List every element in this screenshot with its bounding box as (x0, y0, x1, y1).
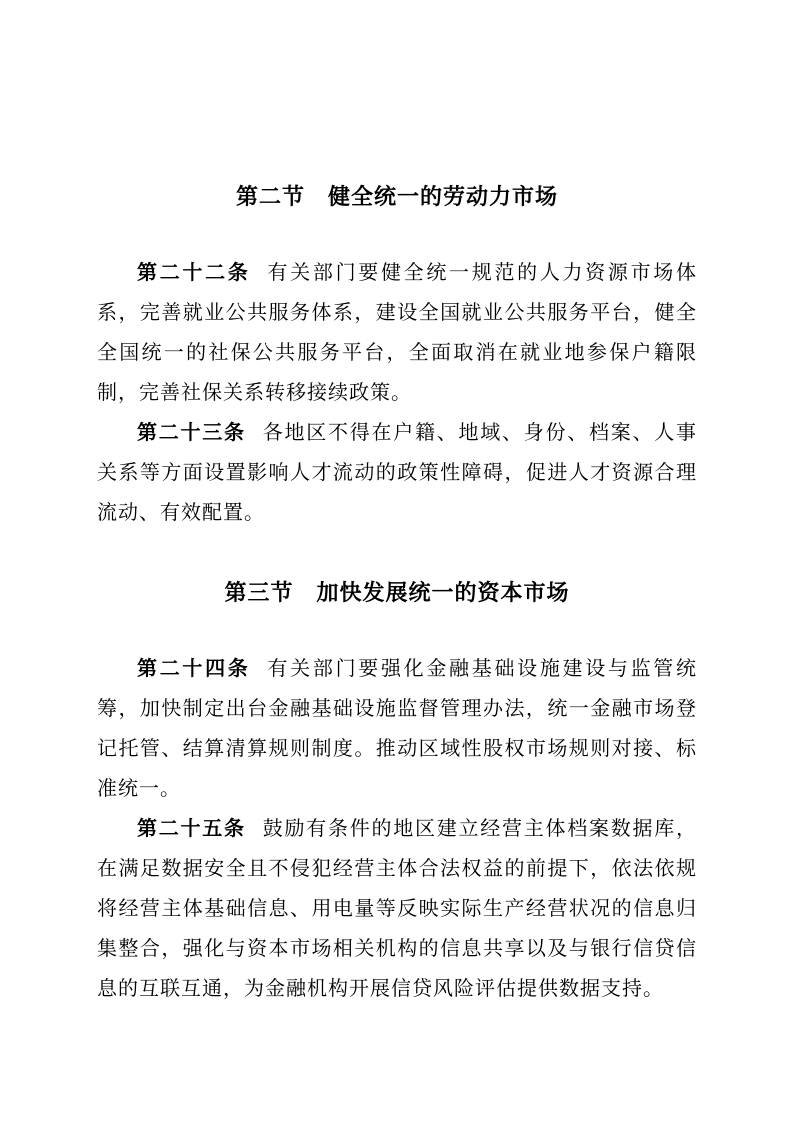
article-23-number: 第二十三条 (137, 422, 246, 444)
section-heading-labor-market: 第二节 健全统一的劳动力市场 (97, 183, 697, 210)
document-page: 第二节 健全统一的劳动力市场 第二十二条有关部门要健全统一规范的人力资源市场体系… (0, 0, 793, 1122)
article-24: 第二十四条有关部门要强化金融基础设施建设与监管统筹，加快制定出台金融基础设施监督… (97, 649, 697, 809)
article-22: 第二十二条有关部门要健全统一规范的人力资源市场体系，完善就业公共服务体系，建设全… (97, 253, 697, 413)
article-23: 第二十三条各地区不得在户籍、地域、身份、档案、人事关系等方面设置影响人才流动的政… (97, 413, 697, 533)
article-24-number: 第二十四条 (137, 658, 250, 680)
article-22-number: 第二十二条 (137, 262, 250, 284)
section-heading-capital-market: 第三节 加快发展统一的资本市场 (97, 579, 697, 606)
article-25: 第二十五条鼓励有条件的地区建立经营主体档案数据库，在满足数据安全且不侵犯经营主体… (97, 809, 697, 1009)
document-content: 第二节 健全统一的劳动力市场 第二十二条有关部门要健全统一规范的人力资源市场体系… (97, 183, 697, 1009)
article-25-number: 第二十五条 (137, 818, 246, 840)
article-25-text: 鼓励有条件的地区建立经营主体档案数据库，在满足数据安全且不侵犯经营主体合法权益的… (97, 818, 697, 1000)
